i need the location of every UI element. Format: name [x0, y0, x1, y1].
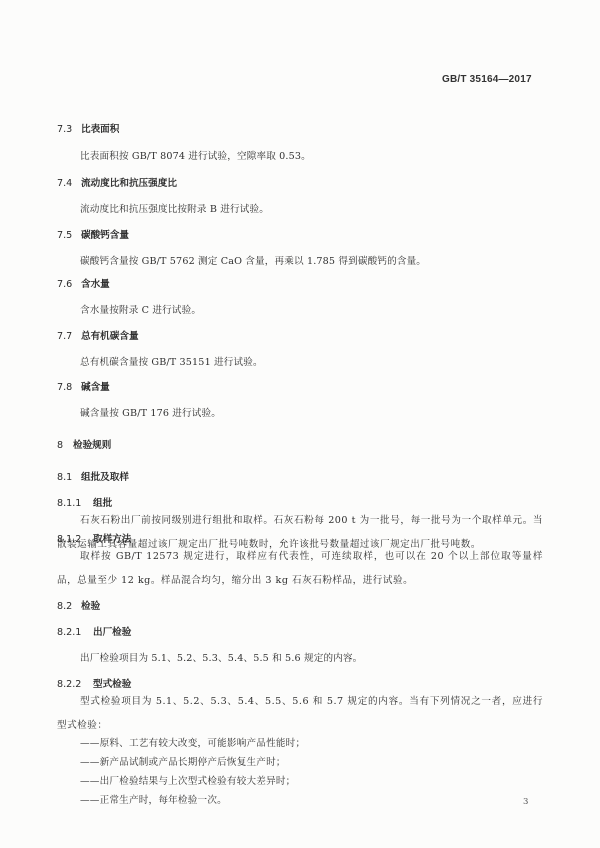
section-number: 7.7: [57, 331, 81, 342]
section-title: 出厂检验: [93, 627, 131, 638]
section-title: 型式检验: [93, 679, 131, 690]
section-text-7-6: 含水量按附录 C 进行试验。: [80, 302, 201, 316]
section-title: 比表面积: [81, 124, 119, 135]
section-text-8-2-1: 出厂检验项目为 5.1、5.2、5.3、5.4、5.5 和 5.6 规定的内容。: [80, 650, 362, 664]
section-heading-8-1: 8.1组批及取样: [57, 469, 129, 483]
page-number: 3: [523, 797, 528, 807]
section-heading-7-7: 7.7总有机碳含量: [57, 328, 139, 342]
list-item: ——原料、工艺有较大改变，可能影响产品性能时；: [80, 735, 305, 749]
section-title: 碳酸钙含量: [81, 230, 129, 241]
section-text-7-7: 总有机碳含量按 GB/T 35151 进行试验。: [80, 354, 263, 368]
section-heading-7-5: 7.5碳酸钙含量: [57, 227, 129, 241]
section-heading-7-6: 7.6含水量: [57, 276, 110, 290]
section-text-7-8: 碱含量按 GB/T 176 进行试验。: [80, 405, 221, 419]
section-heading-7-4: 7.4流动度比和抗压强度比: [57, 175, 177, 189]
chapter-title: 检验规则: [73, 440, 111, 451]
section-number: 7.3: [57, 124, 81, 135]
section-number: 8.1: [57, 472, 81, 483]
section-title: 总有机碳含量: [81, 331, 139, 342]
section-title: 组批及取样: [81, 472, 129, 483]
section-number: 7.4: [57, 178, 81, 189]
standard-code: GB/T 35164—2017: [442, 74, 532, 85]
section-text-7-5: 碳酸钙含量按 GB/T 5762 测定 CaO 含量，再乘以 1.785 得到碳…: [80, 253, 426, 267]
list-item: ——新产品试制或产品长期停产后恢复生产时；: [80, 754, 286, 768]
section-heading-8-2-2: 8.2.2型式检验: [57, 676, 131, 690]
section-heading-8-2: 8.2检验: [57, 598, 100, 612]
section-number: 8.2.1: [57, 627, 93, 638]
list-item: ——出厂检验结果与上次型式检验有较大差异时；: [80, 773, 295, 787]
section-text-7-3: 比表面积按 GB/T 8074 进行试验，空隙率取 0.53。: [80, 148, 311, 162]
section-number: 7.6: [57, 279, 81, 290]
section-number: 8.1.1: [57, 498, 93, 509]
section-text-8-2-2: 型式检验项目为 5.1、5.2、5.3、5.4、5.5、5.6 和 5.7 规定…: [57, 690, 543, 738]
section-title: 检验: [81, 601, 100, 612]
section-title: 含水量: [81, 279, 110, 290]
section-number: 8.2.2: [57, 679, 93, 690]
section-heading-8-1-2: 8.1.2取样方法: [57, 531, 131, 545]
chapter-number: 8: [57, 440, 73, 451]
section-text-8-1-2: 取样按 GB/T 12573 规定进行，取样应有代表性，可连续取样，也可以在 2…: [57, 545, 543, 593]
section-title: 取样方法: [93, 534, 131, 545]
section-heading-7-3: 7.3比表面积: [57, 121, 119, 135]
section-text-7-4: 流动度比和抗压强度比按附录 B 进行试验。: [80, 201, 269, 215]
section-heading-7-8: 7.8碱含量: [57, 379, 110, 393]
section-heading-8-1-1: 8.1.1组批: [57, 495, 112, 509]
section-number: 7.5: [57, 230, 81, 241]
chapter-heading-8: 8检验规则: [57, 437, 111, 451]
section-number: 8.1.2: [57, 534, 93, 545]
section-title: 碱含量: [81, 382, 110, 393]
section-number: 8.2: [57, 601, 81, 612]
section-number: 7.8: [57, 382, 81, 393]
section-title: 组批: [93, 498, 112, 509]
section-heading-8-2-1: 8.2.1出厂检验: [57, 624, 131, 638]
list-item: ——正常生产时，每年检验一次。: [80, 792, 227, 806]
document-page: GB/T 35164—2017 7.3比表面积 比表面积按 GB/T 8074 …: [0, 0, 600, 848]
section-title: 流动度比和抗压强度比: [81, 178, 177, 189]
